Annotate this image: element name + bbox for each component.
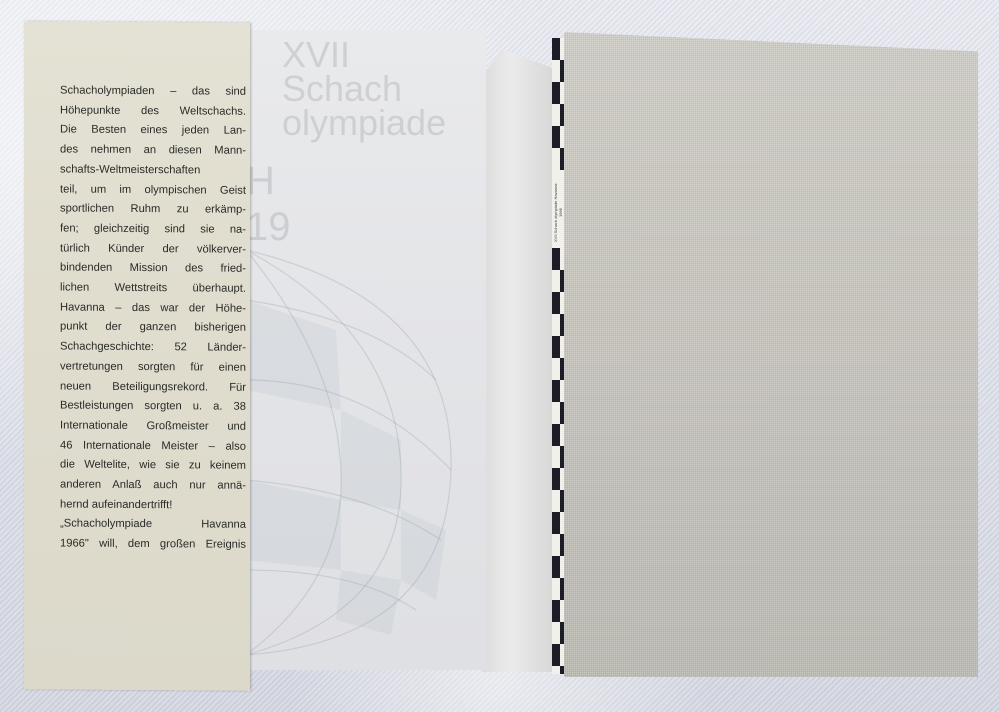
blurb-line: Die Besten eines jeden Lan- <box>60 121 246 142</box>
blurb-line: des nehmen an diesen Mann- <box>60 141 246 162</box>
ghost-title-line: olympiade <box>282 106 446 140</box>
blurb-line: 46 Internationale Meister – also <box>60 436 246 457</box>
blurb-line: sportlichen Ruhm zu erkämp- <box>60 200 246 221</box>
blurb-line: Havanna – das war der Höhe- <box>60 298 246 319</box>
blurb-line: türlich Künder der völkerver- <box>60 239 246 260</box>
blurb-line: vertretungen sorgten für einen <box>60 357 246 378</box>
blurb-line: punkt der ganzen bisherigen <box>60 318 246 339</box>
blurb-line: anderen Anlaß auch nur annä- <box>60 476 246 497</box>
blurb-line: Bestleistungen sorgten u. a. 38 <box>60 397 246 418</box>
dust-jacket: XVII Schach olympiade H 19 <box>24 18 554 690</box>
blurb-line: fen; gleichzeitig sind sie na- <box>60 219 246 240</box>
blurb-line: „Schacholympiade Havanna <box>60 515 246 536</box>
cloth-bound-book: XVII Schach olympiade Havanna 1966 <box>552 32 978 677</box>
blurb-line: teil, um im olympischen Geist <box>60 180 246 201</box>
ghost-title-line: XVII <box>282 38 446 72</box>
flap-blurb: Schacholympiaden – das sind Höhepunkte d… <box>60 81 246 555</box>
dust-jacket-flap: Schacholympiaden – das sind Höhepunkte d… <box>24 21 250 691</box>
blurb-line: lichen Wettstreits überhaupt. <box>60 278 246 299</box>
blurb-line: 1966" will, dem großen Ereignis <box>60 535 246 556</box>
ghost-place-line: H <box>246 158 291 204</box>
ghost-title-line: Schach <box>282 72 446 106</box>
blurb-line: die Weltelite, wie sie zu keinem <box>60 456 246 477</box>
blurb-line: Schacholympiaden – das sind <box>60 81 246 102</box>
dust-jacket-front-inside: XVII Schach olympiade H 19 <box>246 30 486 670</box>
dust-jacket-spine <box>482 50 554 672</box>
globe-chessboard-graphic <box>246 240 456 660</box>
blurb-line: hernd aufeinandertrifft! <box>60 495 246 516</box>
show-through-title: XVII Schach olympiade <box>282 38 446 140</box>
blurb-line: Schachgeschichte: 52 Länder- <box>60 338 246 359</box>
book-front-cover-linen <box>564 32 978 677</box>
blurb-line: neuen Beteiligungsrekord. Für <box>60 377 246 398</box>
blurb-line: Internationale Großmeister und <box>60 416 246 437</box>
blurb-line: Höhepunkte des Weltschachs. <box>60 101 246 122</box>
blurb-line: bindenden Mission des fried- <box>60 259 246 280</box>
show-through-place: H 19 <box>246 158 291 250</box>
blurb-line: schafts-Weltmeisterschaften <box>60 160 246 181</box>
